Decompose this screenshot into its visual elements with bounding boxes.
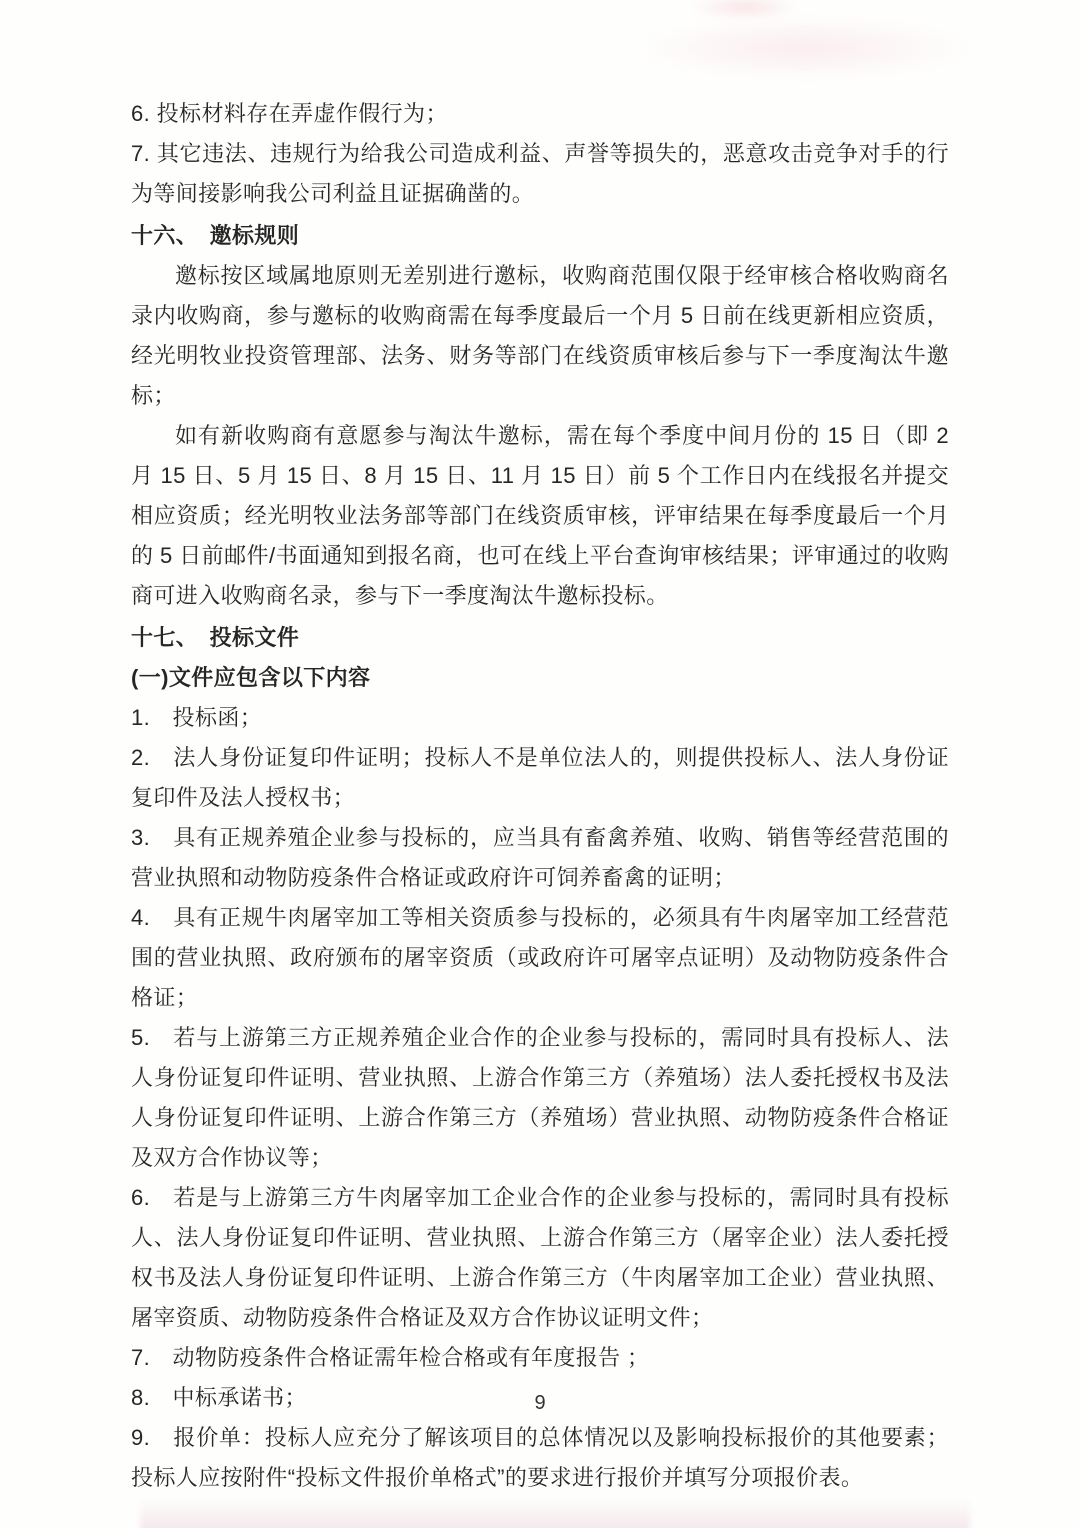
section-16-paragraph-2: 如有新收购商有意愿参与淘汰牛邀标，需在每个季度中间月份的 15 日（即 2 月 … [131,416,949,616]
bid-doc-item-1: 1. 投标函； [131,698,949,738]
bid-doc-item-7: 7. 动物防疫条件合格证需年检合格或有年度报告 ； [131,1338,949,1378]
page-footer: 9 [0,1392,1080,1415]
section-16-paragraph-1: 邀标按区域属地原则无差别进行邀标，收购商范围仅限于经审核合格收购商名录内收购商，… [131,256,949,416]
page-content: 6. 投标材料存在弄虚作假行为； 7. 其它违法、违规行为给我公司造成利益、声誉… [131,94,949,1498]
section-17-subheading: (一)文件应包含以下内容 [131,658,949,698]
bid-doc-item-5: 5. 若与上游第三方正规养殖企业合作的企业参与投标的，需同时具有投标人、法人身份… [131,1018,949,1178]
scan-artifact [140,1498,970,1528]
scan-artifact [640,18,970,78]
bid-doc-item-3: 3. 具有正规养殖企业参与投标的，应当具有畜禽养殖、收购、销售等经营范围的营业执… [131,818,949,898]
document-page: 6. 投标材料存在弄虚作假行为； 7. 其它违法、违规行为给我公司造成利益、声誉… [0,0,1080,1528]
bid-doc-item-9: 9. 报价单：投标人应充分了解该项目的总体情况以及影响投标报价的其他要素；投标人… [131,1418,949,1498]
section-17-heading: 十七、 投标文件 [131,618,949,658]
violation-item-6: 6. 投标材料存在弄虚作假行为； [131,94,949,134]
bid-doc-item-2: 2. 法人身份证复印件证明；投标人不是单位法人的，则提供投标人、法人身份证复印件… [131,738,949,818]
page-number: 9 [534,1392,545,1414]
section-16-heading: 十六、 邀标规则 [131,216,949,256]
bid-doc-item-4: 4. 具有正规牛肉屠宰加工等相关资质参与投标的，必须具有牛肉屠宰加工经营范围的营… [131,898,949,1018]
scan-artifact [690,0,800,20]
bid-doc-item-6: 6. 若是与上游第三方牛肉屠宰加工企业合作的企业参与投标的，需同时具有投标人、法… [131,1178,949,1338]
violation-item-7: 7. 其它违法、违规行为给我公司造成利益、声誉等损失的，恶意攻击竞争对手的行为等… [131,134,949,214]
